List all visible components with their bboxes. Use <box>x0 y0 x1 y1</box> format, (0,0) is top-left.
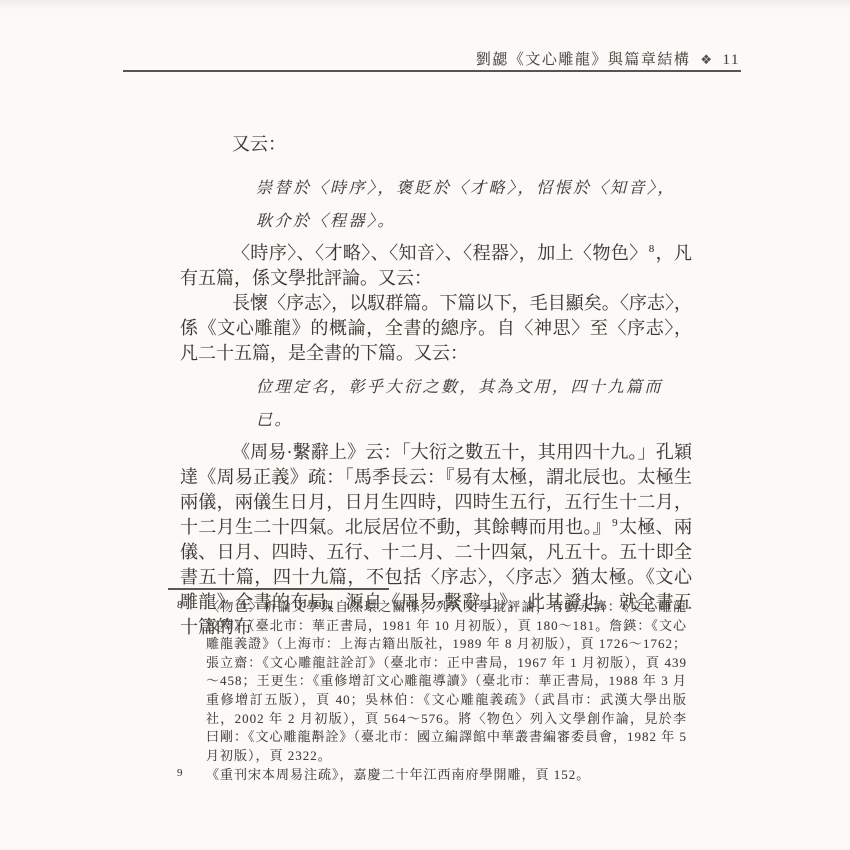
running-head-title: 劉勰《文心雕龍》與篇章結構 <box>476 52 691 68</box>
paragraph-xuzhi-overview: 長懷〈序志〉，以馭群篇。下篇以下，毛目顯矣。〈序志〉，係《文心雕龍》的概論，全書… <box>180 291 692 366</box>
main-text-column: 又云： 崇替於〈時序〉，褒貶於〈才略〉，怊悵於〈知音〉，耿介於〈程器〉。 〈時序… <box>180 132 692 640</box>
footnote-ref-8: 8 <box>649 243 655 255</box>
footnote-8: 8〈物色〉析論文學與自然環之關係，列入文學批評論，有劉永濟：《文心雕龍校釋》（臺… <box>206 598 687 765</box>
footnote-9-text: 《重刊宋本周易注疏》，嘉慶二十年江西南府學開雕，頁 152。 <box>206 767 590 782</box>
paragraph-text: 〈時序〉、〈才略〉、〈知音〉、〈程器〉，加上〈物色〉 <box>232 243 648 263</box>
diamond-icon: ❖ <box>700 52 713 67</box>
scan-shade <box>0 0 850 10</box>
paragraph-lead-in: 又云： <box>180 132 692 157</box>
footnote-9-marker: 9 <box>177 764 183 783</box>
header-rule <box>123 70 741 72</box>
footnote-8-marker: 8 <box>177 596 183 615</box>
footnotes-block: 8〈物色〉析論文學與自然環之關係，列入文學批評論，有劉永濟：《文心雕龍校釋》（臺… <box>206 598 687 785</box>
paragraph-criticism-chapters: 〈時序〉、〈才略〉、〈知音〉、〈程器〉，加上〈物色〉8，凡有五篇，係文學批評論。… <box>180 241 692 291</box>
book-page: 劉勰《文心雕龍》與篇章結構❖11 又云： 崇替於〈時序〉，褒貶於〈才略〉，怊悵於… <box>0 0 850 850</box>
footnote-separator <box>168 588 389 590</box>
block-quote-xushi: 崇替於〈時序〉，褒貶於〈才略〉，怊悵於〈知音〉，耿介於〈程器〉。 <box>256 172 686 238</box>
running-head: 劉勰《文心雕龍》與篇章結構❖11 <box>0 48 740 69</box>
footnote-8-text: 〈物色〉析論文學與自然環之關係，列入文學批評論，有劉永濟：《文心雕龍校釋》（臺北… <box>206 599 687 763</box>
block-quote-dayan: 位理定名，彰乎大衍之數，其為文用，四十九篇而已。 <box>256 371 686 437</box>
page-number: 11 <box>723 52 740 68</box>
footnote-9: 9《重刊宋本周易注疏》，嘉慶二十年江西南府學開雕，頁 152。 <box>206 766 687 785</box>
footnote-ref-9: 9 <box>612 517 618 529</box>
